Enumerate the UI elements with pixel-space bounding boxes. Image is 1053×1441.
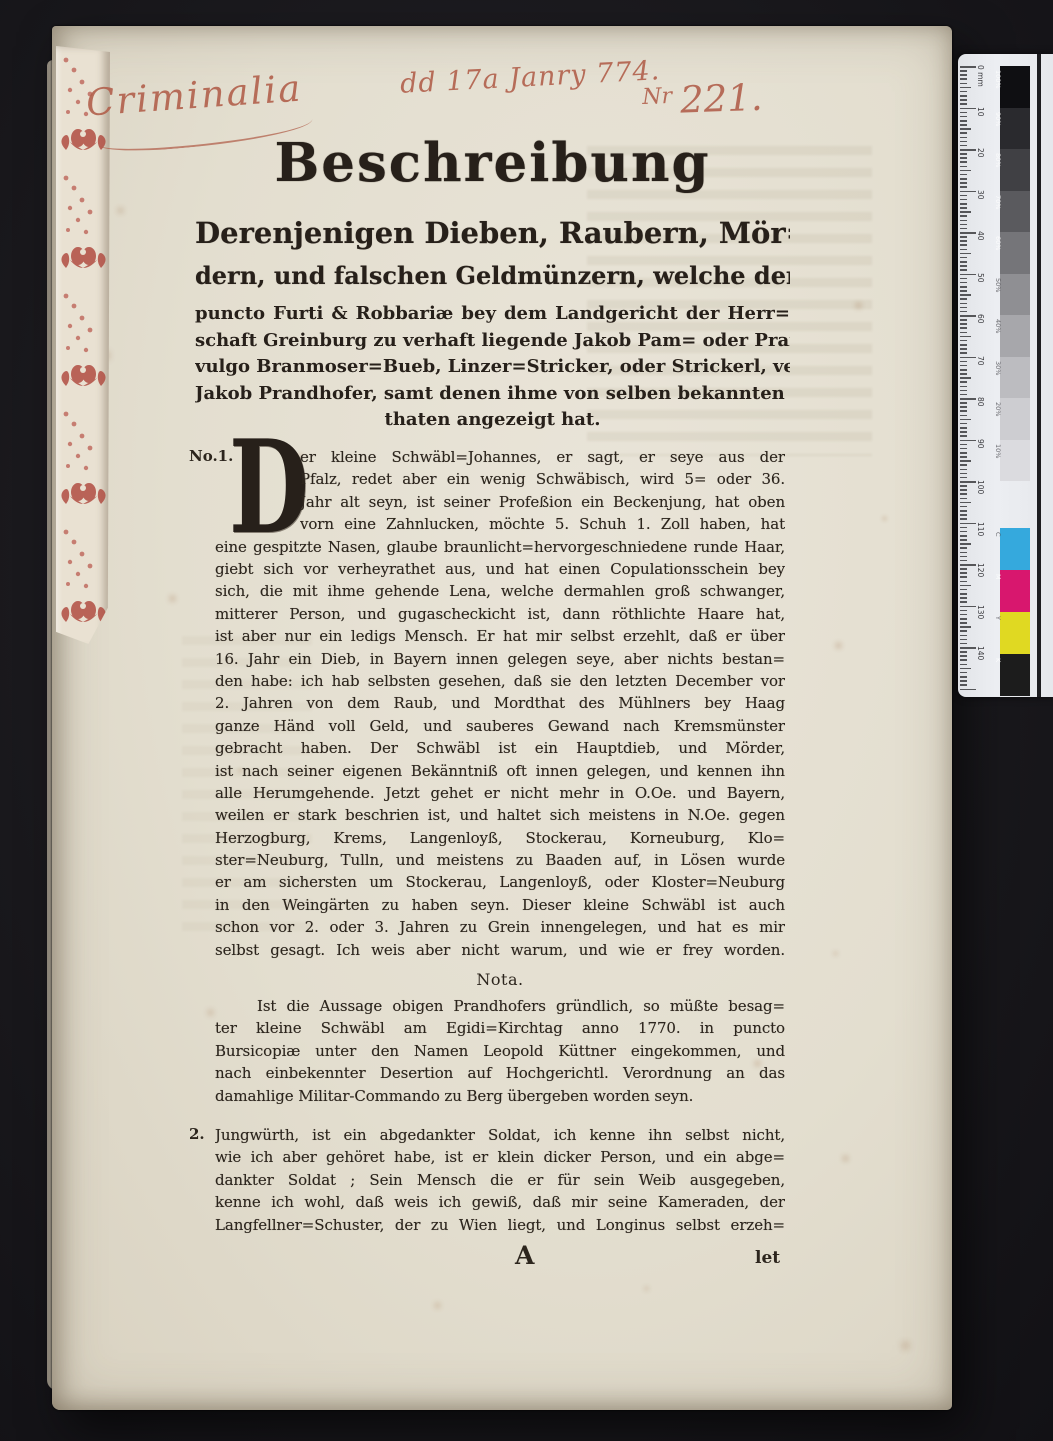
ruler-tick xyxy=(960,398,976,400)
ruler-tick xyxy=(960,564,976,566)
ruler-tick xyxy=(960,74,967,76)
ruler-tick xyxy=(960,431,967,433)
heading-line: puncto Furti & Robbariæ bey dem Landgeri… xyxy=(195,301,790,328)
text-line: Ist die Aussage obigen Prandhofers gründ… xyxy=(215,995,785,1017)
ruler-tick xyxy=(960,386,967,388)
ruler-tick xyxy=(960,186,967,188)
gray-step: 50% xyxy=(1000,274,1030,316)
ruler-tick xyxy=(960,157,967,159)
ruler-tick xyxy=(960,576,967,578)
ruler-tick xyxy=(960,668,971,670)
ruler-tick xyxy=(960,469,967,471)
ruler-tick xyxy=(960,95,967,97)
ruler-tick xyxy=(960,377,971,379)
ruler-tick xyxy=(960,373,967,375)
ruler-number: 60 xyxy=(976,314,985,324)
item-number-1: No.1. xyxy=(189,447,233,465)
ruler-tick xyxy=(960,639,967,641)
ruler-tick xyxy=(960,116,967,118)
text-line: Jungwürth, ist ein abgedankter Soldat, i… xyxy=(215,1124,785,1146)
heading-line: Jakob Prandhofer, samt denen ihme von se… xyxy=(195,381,790,408)
ruler-tick xyxy=(960,311,967,313)
ruler-number: 110 xyxy=(976,522,985,536)
ruler-tick xyxy=(960,626,971,628)
ruler-tick xyxy=(960,203,967,205)
ruler-tick xyxy=(960,182,967,184)
color-patch-label: M xyxy=(994,574,1002,580)
ruler-tick xyxy=(960,527,967,529)
ruler-tick xyxy=(960,456,967,458)
ruler-tick xyxy=(960,464,967,466)
ruler-tick xyxy=(960,336,971,338)
ruler-tick xyxy=(960,556,967,558)
ruler-tick xyxy=(960,390,967,392)
ruler-tick xyxy=(960,684,967,686)
ruler-tick xyxy=(960,423,967,425)
text-line: dankter Soldat ; Sein Mensch die er für … xyxy=(215,1169,785,1191)
ruler-tick xyxy=(960,448,967,450)
ruler-number: 70 xyxy=(976,356,985,366)
text-line: gebracht haben. Der Schwäbl ist ein Haup… xyxy=(215,737,785,759)
ruler-tick xyxy=(960,585,971,587)
ruler-tick xyxy=(960,220,967,222)
text-line: eine gespitzte Nasen, glaube braunlicht=… xyxy=(215,536,785,558)
catchword: let xyxy=(755,1248,780,1268)
ruler-tick xyxy=(960,166,967,168)
ruler-tick xyxy=(960,224,967,226)
text-line: Bursicopiæ unter den Namen Leopold Küttn… xyxy=(215,1040,785,1062)
cmyk-color-patches: CMYK xyxy=(1000,528,1030,696)
ruler-tick xyxy=(960,108,976,110)
nota-heading: Nota. xyxy=(215,970,785,989)
gray-step-label: 80% xyxy=(994,153,1002,167)
ruler-tick xyxy=(960,70,967,72)
text-line: vorn eine Zahnlucken, möchte 5. Schuh 1.… xyxy=(300,513,785,535)
ruler-tick xyxy=(960,593,967,595)
ruler-tick xyxy=(960,506,967,508)
ruler-tick xyxy=(960,357,976,359)
ruler-tick xyxy=(960,672,967,674)
ruler-tick xyxy=(960,444,967,446)
gray-step-label: 90% xyxy=(994,112,1002,126)
ruler-tick xyxy=(960,207,967,209)
ruler-tick xyxy=(960,664,967,666)
ruler-tick xyxy=(960,523,976,525)
document-title: Beschreibung xyxy=(195,132,790,194)
ruler-tick xyxy=(960,415,967,417)
ruler-number: 90 xyxy=(976,439,985,449)
ruler-tick xyxy=(960,601,967,603)
ruler-tick xyxy=(960,286,967,288)
text-line: schon vor 2. oder 3. Jahren zu Grein inn… xyxy=(215,916,785,938)
ruler-tick xyxy=(960,547,967,549)
ruler-tick xyxy=(960,257,967,259)
ruler-tick xyxy=(960,228,967,230)
ruler-tick xyxy=(960,340,967,342)
text-line: Pfalz, redet aber ein wenig Schwäbisch, … xyxy=(300,468,785,490)
ruler-tick xyxy=(960,477,967,479)
ruler-tick xyxy=(960,141,967,143)
ruler-tick xyxy=(960,460,971,462)
color-patch: C xyxy=(1000,528,1030,570)
ruler-tick xyxy=(960,531,967,533)
ruler-tick xyxy=(960,161,967,163)
foxing-stains xyxy=(0,0,1,1)
ruler-tick xyxy=(960,365,967,367)
color-patch: M xyxy=(1000,570,1030,612)
gray-step: 20% xyxy=(1000,398,1030,440)
gray-step: 10% xyxy=(1000,440,1030,482)
text-line: wie ich aber gehöret habe, ist er klein … xyxy=(215,1146,785,1168)
text-line: ganze Händ voll Geld, und sauberes Gewan… xyxy=(215,715,785,737)
subtitle-line: Derenjenigen Dieben, Raubern, Mör= xyxy=(195,212,790,255)
text-line: Jahr alt seyn, ist seiner Profeßion ein … xyxy=(300,491,785,513)
ruler-tick xyxy=(960,244,967,246)
text-line: mitterer Person, und gugascheckicht ist,… xyxy=(215,603,785,625)
text-line: 16. Jahr ein Dieb, in Bayern innen geleg… xyxy=(215,648,785,670)
ruler-tick xyxy=(960,651,967,653)
ruler-tick xyxy=(960,406,967,408)
text-line: den habe: ich hab selbsten gesehen, daß … xyxy=(215,670,785,692)
handwritten-number-note: Nr221. xyxy=(641,66,755,113)
paragraph-1-beside-dropcap: er kleine Schwäbl=Johannes, er sagt, er … xyxy=(300,446,785,536)
text-line: er kleine Schwäbl=Johannes, er sagt, er … xyxy=(300,446,785,468)
ruler-number: 80 xyxy=(976,397,985,407)
ruler-tick xyxy=(960,498,967,500)
ruler-tick xyxy=(960,369,967,371)
ornate-dropcap-initial: D xyxy=(229,438,284,542)
ruler-tick xyxy=(960,215,967,217)
ruler-tick xyxy=(960,539,967,541)
ruler-tick xyxy=(960,589,967,591)
paragraph-2: Jungwürth, ist ein abgedankter Soldat, i… xyxy=(215,1124,785,1236)
ruler-tick xyxy=(960,303,967,305)
ruler-number: 50 xyxy=(976,273,985,283)
ruler-tick xyxy=(960,236,967,238)
gray-step-label: 10% xyxy=(994,444,1002,458)
gray-step: 60% xyxy=(1000,232,1030,274)
ruler-tick xyxy=(960,419,971,421)
ruler-tick xyxy=(960,510,967,512)
number-value: 221. xyxy=(679,76,763,122)
ruler-tick xyxy=(960,440,976,442)
ruler-tick xyxy=(960,352,967,354)
ruler-tick xyxy=(960,78,967,80)
ruler-tick xyxy=(960,518,967,520)
gray-step-label: 40% xyxy=(994,319,1002,333)
ruler-tick xyxy=(960,290,967,292)
ruler-tick xyxy=(960,659,967,661)
ruler-tick xyxy=(960,381,967,383)
signature-mark: A xyxy=(515,1241,534,1270)
ruler-tick xyxy=(960,606,976,608)
ruler-tick xyxy=(960,145,967,147)
gray-step: 80% xyxy=(1000,149,1030,191)
ruler-tick xyxy=(960,319,967,321)
ruler-tick xyxy=(960,149,976,151)
ruler-tick xyxy=(960,174,967,176)
gray-step-label: 30% xyxy=(994,361,1002,375)
ruler-tick xyxy=(960,132,967,134)
gray-step: 30% xyxy=(1000,357,1030,399)
ruler-tick xyxy=(960,128,971,130)
ruler-tick xyxy=(960,170,971,172)
gray-step-label: 50% xyxy=(994,278,1002,292)
nota-paragraph: Ist die Aussage obigen Prandhofers gründ… xyxy=(215,995,785,1107)
ruler-tick xyxy=(960,249,967,251)
photo-background: Criminalia dd 17a Janry 774. Nr221. Besc… xyxy=(0,0,1053,1441)
ruler-tick xyxy=(960,452,967,454)
ruler-tick xyxy=(960,66,976,68)
text-line: ter kleine Schwäbl am Egidi=Kirchtag ann… xyxy=(215,1017,785,1039)
ruler-tick xyxy=(960,124,967,126)
ruler-tick xyxy=(960,647,976,649)
ruler-tick xyxy=(960,191,976,193)
text-line: Herzogburg, Krems, Langenloyß, Stockerau… xyxy=(215,827,785,849)
color-patch: Y xyxy=(1000,612,1030,654)
ruler-tick xyxy=(960,643,967,645)
item-number-2: 2. xyxy=(189,1125,205,1143)
text-line: er am sichersten um Stockerau, Langenloy… xyxy=(215,871,785,893)
ruler-tick xyxy=(960,680,967,682)
color-patch: K xyxy=(1000,654,1030,696)
grayscale-step-wedge: 100%90%80%70%60%50%40%30%20%10% xyxy=(1000,66,1030,481)
gray-step-label: 70% xyxy=(994,195,1002,209)
ruler-number: 120 xyxy=(976,563,985,577)
gray-step-label: 100% xyxy=(994,70,1002,89)
text-line: sich, die mit ihme gehende Lena, welche … xyxy=(215,580,785,602)
color-patch-label: Y xyxy=(994,616,1002,620)
ruler-tick xyxy=(960,99,967,101)
ruler-tick xyxy=(960,153,967,155)
ruler-tick xyxy=(960,635,967,637)
ruler-number: 20 xyxy=(976,148,985,158)
ruler-tick xyxy=(960,489,967,491)
mm-ruler: 0 mm102030405060708090100110120130140 xyxy=(958,54,1000,697)
ruler-tick xyxy=(960,514,967,516)
color-patch-label: C xyxy=(994,532,1002,537)
ruler-tick xyxy=(960,581,967,583)
ruler-tick xyxy=(960,618,967,620)
card-separator-line xyxy=(1037,54,1041,697)
ruler-tick xyxy=(960,278,967,280)
text-line: kenne ich wohl, daß weis ich gewiß, daß … xyxy=(215,1191,785,1213)
ruler-tick xyxy=(960,485,967,487)
ruler-tick xyxy=(960,572,967,574)
ruler-number: 0 mm xyxy=(976,65,985,87)
ruler-tick xyxy=(960,315,976,317)
ruler-tick xyxy=(960,473,967,475)
text-line: damahlige Militar-Commando zu Berg überg… xyxy=(215,1085,785,1107)
ruler-tick xyxy=(960,178,967,180)
ruler-tick xyxy=(960,87,971,89)
ruler-tick xyxy=(960,298,967,300)
ruler-tick xyxy=(960,195,967,197)
ruler-tick xyxy=(960,622,967,624)
ruler-tick xyxy=(960,232,976,234)
text-line: ster=Neuburg, Tulln, und meistens zu Baa… xyxy=(215,849,785,871)
ruler-tick xyxy=(960,410,967,412)
ruler-tick xyxy=(960,535,967,537)
gray-step: 40% xyxy=(1000,315,1030,357)
ruler-tick xyxy=(960,676,967,678)
ruler-tick xyxy=(960,610,967,612)
ruler-tick xyxy=(960,294,971,296)
ruler-tick xyxy=(960,282,967,284)
heading-line: schaft Greinburg zu verhaft liegende Jak… xyxy=(195,328,790,355)
color-patch-label: K xyxy=(994,658,1002,662)
ruler-tick xyxy=(960,361,967,363)
number-prefix: Nr xyxy=(642,84,673,110)
ruler-tick xyxy=(960,137,967,139)
ruler-tick xyxy=(960,253,971,255)
ruler-tick xyxy=(960,261,967,263)
ruler-number: 140 xyxy=(976,646,985,660)
text-line: in den Weingärten zu haben seyn. Dieser … xyxy=(215,894,785,916)
text-line: weilen er stark beschrien ist, und halte… xyxy=(215,804,785,826)
ruler-number: 40 xyxy=(976,231,985,241)
ruler-tick xyxy=(960,91,967,93)
ruler-tick xyxy=(960,493,967,495)
ruler-number: 10 xyxy=(976,107,985,117)
ruler-tick xyxy=(960,655,967,657)
ruler-tick xyxy=(960,435,967,437)
text-line: 2. Jahren von dem Raub, und Mordthat des… xyxy=(215,692,785,714)
text-line: alle Herumgehende. Jetzt gehet er nicht … xyxy=(215,782,785,804)
ruler-number: 30 xyxy=(976,190,985,200)
ruler-tick xyxy=(960,552,967,554)
ruler-tick xyxy=(960,269,967,271)
paragraph-1-full-lines: eine gespitzte Nasen, glaube braunlicht=… xyxy=(215,536,785,961)
ruler-tick xyxy=(960,103,967,105)
text-line: ist nach seiner eigenen Bekänntniß oft i… xyxy=(215,760,785,782)
ruler-tick xyxy=(960,630,967,632)
ruler-tick xyxy=(960,240,967,242)
text-line: Langfellner=Schuster, der zu Wien liegt,… xyxy=(215,1214,785,1236)
ruler-tick xyxy=(960,614,967,616)
ruler-tick xyxy=(960,83,967,85)
text-line: selbst gesagt. Ich weis aber nicht warum… xyxy=(215,939,785,961)
heading-line: vulgo Branmoser=Bueb, Linzer=Stricker, o… xyxy=(195,354,790,381)
ruler-tick xyxy=(960,394,967,396)
ruler-tick xyxy=(960,307,967,309)
ruler-tick xyxy=(960,560,967,562)
ruler-tick xyxy=(960,265,967,267)
ruler-tick xyxy=(960,120,967,122)
ruler-tick xyxy=(960,568,967,570)
ruler-tick xyxy=(960,427,967,429)
ruler-tick xyxy=(960,199,967,201)
gray-step: 70% xyxy=(1000,191,1030,233)
gray-step-label: 20% xyxy=(994,402,1002,416)
ruler-tick xyxy=(960,274,976,276)
text-line: giebt sich vor verheyrathet aus, und hat… xyxy=(215,558,785,580)
ruler-tick xyxy=(960,323,967,325)
gray-step: 90% xyxy=(1000,108,1030,150)
ruler-tick xyxy=(960,344,967,346)
ruler-tick xyxy=(960,402,967,404)
ruler-tick xyxy=(960,502,971,504)
gray-step: 100% xyxy=(1000,66,1030,108)
gray-step-label: 60% xyxy=(994,236,1002,250)
ruler-number: 130 xyxy=(976,605,985,619)
ruler-tick xyxy=(960,327,967,329)
ruler-number: 100 xyxy=(976,480,985,494)
ruler-tick xyxy=(960,348,967,350)
text-line: ist aber nur ein ledigs Mensch. Er hat m… xyxy=(215,625,785,647)
ruler-tick xyxy=(960,689,976,691)
ruler-tick xyxy=(960,112,967,114)
ruler-tick xyxy=(960,597,967,599)
subtitle-line: dern, und falschen Geldmünzern, welche d… xyxy=(195,255,790,297)
ruler-tick xyxy=(960,211,971,213)
text-line: nach einbekennter Desertion auf Hochgeri… xyxy=(215,1062,785,1084)
ruler-tick xyxy=(960,543,971,545)
ruler-tick xyxy=(960,481,976,483)
ruler-tick xyxy=(960,332,967,334)
calibration-target-card: 0 mm102030405060708090100110120130140 10… xyxy=(958,54,1053,697)
